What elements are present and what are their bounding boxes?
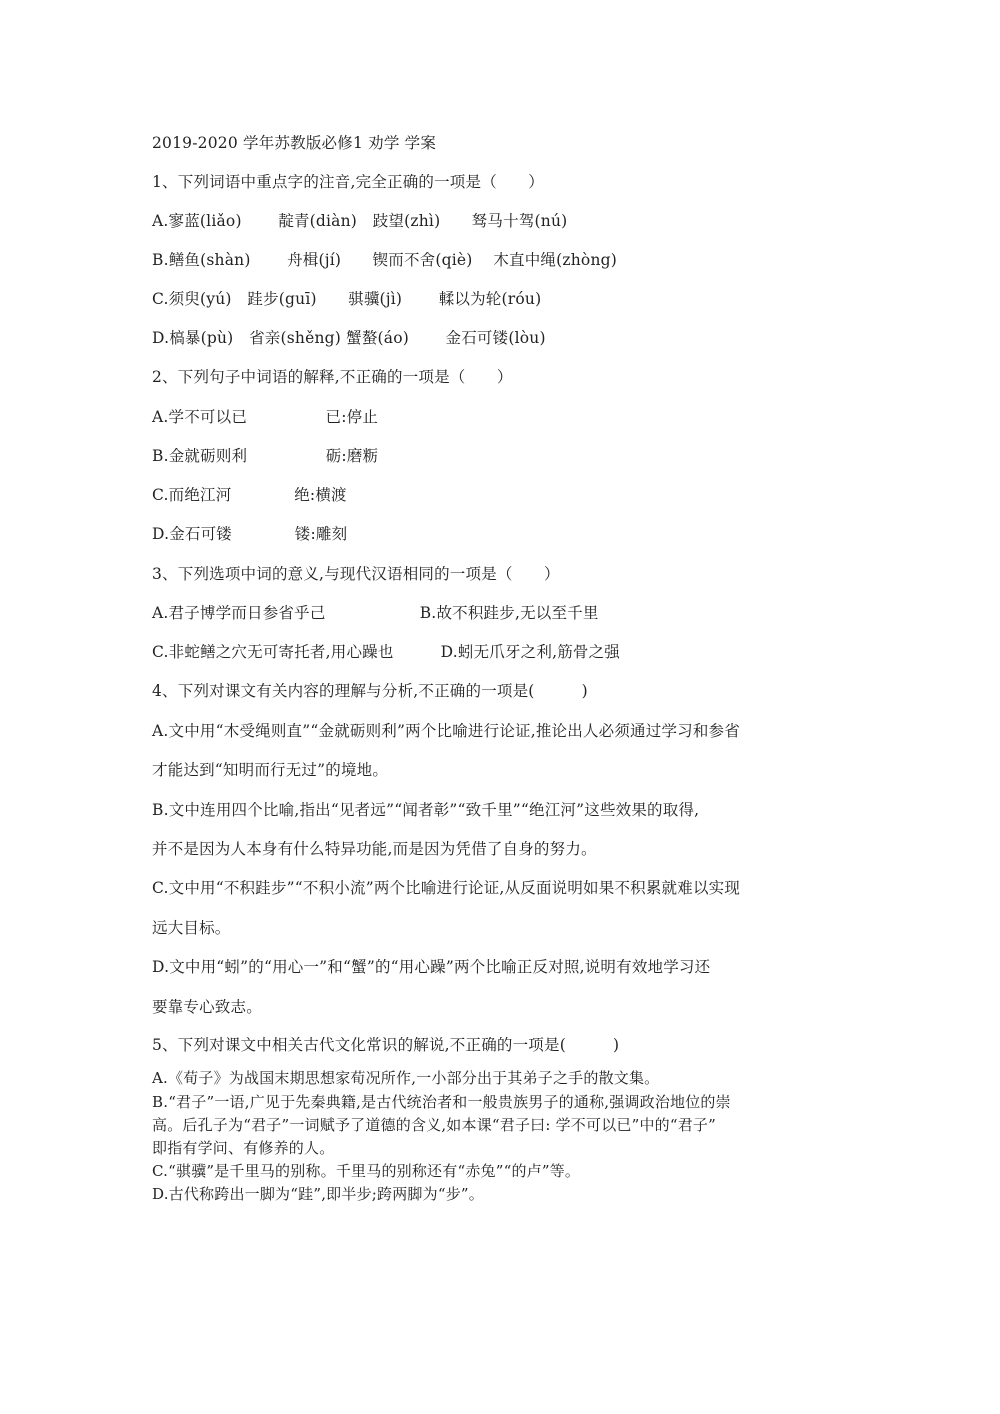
question-3-stem: 3、下列选项中词的意义,与现代汉语相同的一项是（ ）: [152, 564, 560, 584]
question-5-option-c: C.“骐骥”是千里马的别称。千里马的别称还有“赤兔”“的卢”等。: [152, 1161, 580, 1181]
question-3-options-ab: A.君子博学而日参省乎己 B.故不积跬步,无以至千里: [152, 603, 599, 623]
question-2-option-d: D.金石可镂 镂:雕刻: [152, 524, 347, 544]
question-4-option-b-line1: B.文中连用四个比喻,指出“见者远”“闻者彰”“致千里”“绝江河”这些效果的取得…: [152, 800, 699, 820]
question-4-option-c-line1: C.文中用“不积跬步”“不积小流”两个比喻进行论证,从反面说明如果不积累就难以实…: [152, 878, 740, 898]
question-4-option-d-line2: 要靠专心致志。: [152, 997, 262, 1017]
question-4-option-a-line1: A.文中用“木受绳则直”“金就砺则利”两个比喻进行论证,推论出人必须通过学习和参…: [152, 721, 740, 741]
question-4-option-a-line2: 才能达到“知明而行无过”的境地。: [152, 760, 388, 780]
question-5-option-d: D.古代称跨出一脚为“跬”,即半步;跨两脚为“步”。: [152, 1184, 484, 1204]
question-1-option-b: B.鳝鱼(shàn) 舟楫(jí) 锲而不舍(qiè) 木直中绳(zhòng): [152, 250, 617, 270]
document-page: 2019-2020 学年苏教版必修1 劝学 学案 1、下列词语中重点字的注音,完…: [0, 0, 1000, 1414]
question-5-option-b-line2: 高。后孔子为“君子”一词赋予了道德的含义,如本课“君子曰: 学不可以已”中的“君…: [152, 1115, 716, 1135]
question-2-option-a: A.学不可以已 已:停止: [152, 407, 378, 427]
question-4-option-b-line2: 并不是因为人本身有什么特异功能,而是因为凭借了自身的努力。: [152, 839, 597, 859]
question-1-option-a: A.寥蓝(liǎo) 靛青(diàn) 跂望(zhì) 驽马十驾(nú): [152, 211, 567, 231]
question-5-stem: 5、下列对课文中相关古代文化常识的解说,不正确的一项是( ): [152, 1035, 619, 1055]
question-5-option-b-line3: 即指有学问、有修养的人。: [152, 1138, 334, 1158]
document-title: 2019-2020 学年苏教版必修1 劝学 学案: [152, 133, 436, 153]
question-3-options-cd: C.非蛇鳝之穴无可寄托者,用心躁也 D.蚓无爪牙之利,筋骨之强: [152, 642, 620, 662]
question-2-option-c: C.而绝江河 绝:横渡: [152, 485, 347, 505]
question-5-option-a: A.《荀子》为战国末期思想家荀况所作,一小部分出于其弟子之手的散文集。: [152, 1068, 659, 1088]
question-2-stem: 2、下列句子中词语的解释,不正确的一项是（ ）: [152, 367, 513, 387]
question-2-option-b: B.金就砺则利 砺:磨粝: [152, 446, 378, 466]
question-1-stem: 1、下列词语中重点字的注音,完全正确的一项是（ ）: [152, 172, 544, 192]
question-1-option-d: D.槁暴(pù) 省亲(shěng) 蟹螯(áo) 金石可镂(lòu): [152, 328, 546, 348]
question-4-option-d-line1: D.文中用“蚓”的“用心一”和“蟹”的“用心躁”两个比喻正反对照,说明有效地学习…: [152, 957, 710, 977]
question-4-option-c-line2: 远大目标。: [152, 918, 231, 938]
question-4-stem: 4、下列对课文有关内容的理解与分析,不正确的一项是( ): [152, 681, 588, 701]
question-1-option-c: C.须臾(yú) 跬步(guī) 骐骥(jì) 輮以为轮(róu): [152, 289, 541, 309]
question-5-option-b-line1: B.“君子”一语,广见于先秦典籍,是古代统治者和一般贵族男子的通称,强调政治地位…: [152, 1092, 731, 1112]
